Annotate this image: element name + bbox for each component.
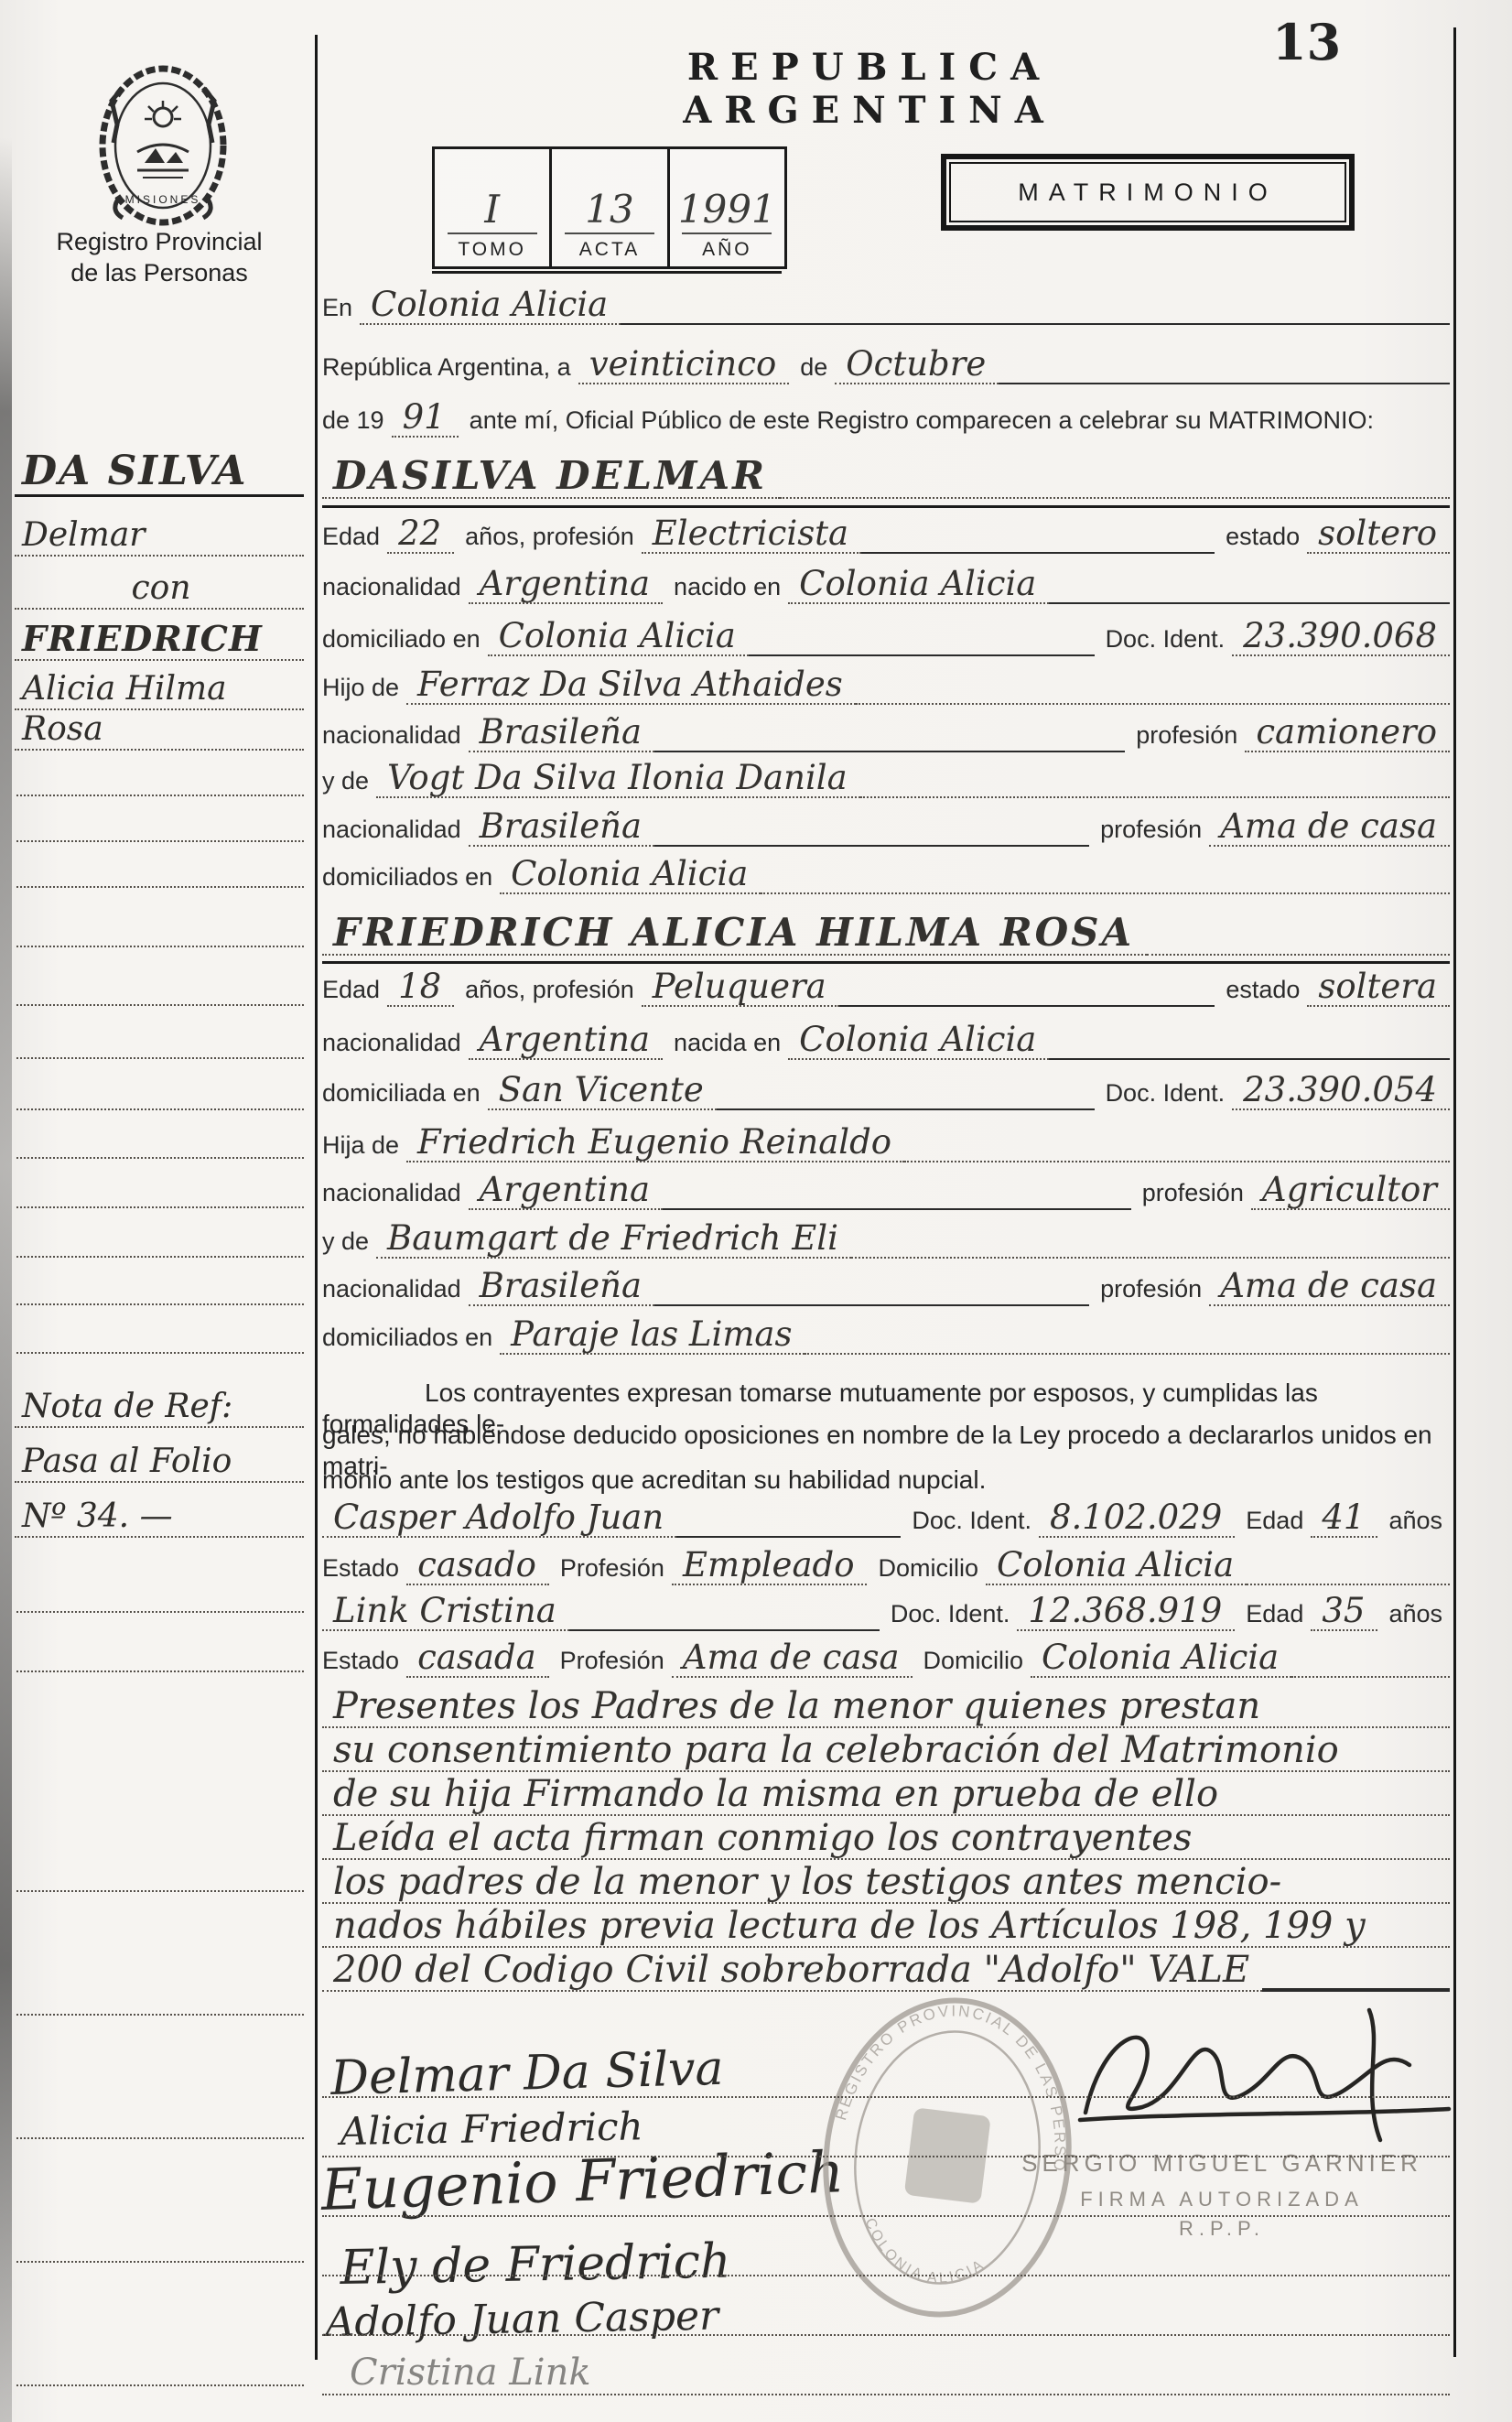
doc-ident-label3: Doc. Ident. xyxy=(901,1508,1039,1538)
witness1-status-line: Estado casado Profesión Empleado Domicil… xyxy=(322,1538,1450,1585)
groom-nationality-fill xyxy=(1049,602,1450,604)
y-de-label: y de xyxy=(322,769,376,798)
domiciliados-label: domiciliados en xyxy=(322,865,500,894)
provincial-seal-icon: MISIONES xyxy=(92,60,234,234)
bride-mother-line: y de Baumgart de Friedrich Eli xyxy=(322,1211,1450,1259)
seal-caption: MISIONES xyxy=(125,193,201,206)
anos-label: años xyxy=(1377,1508,1450,1538)
ruled-dotted-line xyxy=(16,1256,304,1258)
edad-label3: Edad xyxy=(1235,1508,1311,1538)
margin-bride-surname-line: FRIEDRICH xyxy=(15,606,304,661)
ruled-dotted-line xyxy=(16,2261,304,2263)
bride-nationality-fill xyxy=(1049,1058,1450,1060)
nacionalidad-label6: nacionalidad xyxy=(322,1277,469,1306)
groom-mother-line: y de Vogt Da Silva Ilonia Danila xyxy=(322,751,1450,798)
ruled-dotted-line xyxy=(16,840,304,842)
groom-address-line: domiciliado en Colonia Alicia Doc. Ident… xyxy=(322,609,1450,656)
bride-age-fill xyxy=(839,1005,1215,1007)
margin-groom-surname: DA SILVA xyxy=(15,451,252,494)
groom-profesion: Electricista xyxy=(642,516,861,554)
signature-bride-mother: Ely de Friedrich xyxy=(340,2238,731,2292)
anos-profesion-label: años, profesión xyxy=(454,524,642,554)
registry-name-line2: de las Personas xyxy=(26,258,293,289)
document-type-box: MATRIMONIO xyxy=(941,154,1355,231)
ano-label: AÑO xyxy=(702,239,752,261)
groom-padre-profesion: camionero xyxy=(1245,715,1450,752)
nacionalidad-label4: nacionalidad xyxy=(322,1031,469,1060)
margin-note3: Nº 34. — xyxy=(15,1500,177,1536)
estado-label: estado xyxy=(1215,524,1307,554)
nacida-en-label: nacida en xyxy=(663,1031,788,1060)
bride-nacionalidad: Argentina xyxy=(469,1022,663,1060)
witness2-estado: casada xyxy=(406,1640,549,1678)
ruled-dotted-line xyxy=(16,1157,304,1159)
place-value: Colonia Alicia xyxy=(360,287,621,325)
anos-label2: años xyxy=(1377,1602,1450,1631)
groom-nationality-line: nacionalidad Argentina nacido en Colonia… xyxy=(322,557,1450,604)
bride-name-line: FRIEDRICH ALICIA HILMA ROSA xyxy=(322,904,1450,956)
place-line-fill xyxy=(621,323,1450,325)
groom-age-line: Edad 22 años, profesión Electricista est… xyxy=(322,506,1450,554)
ruled-dotted-line xyxy=(16,946,304,947)
tomo-label: TOMO xyxy=(458,239,526,261)
ruled-dotted-line xyxy=(322,2156,1450,2157)
official-name-stamp: SERGIO MIGUEL GARNIER xyxy=(1007,2149,1437,2178)
ano-rule xyxy=(682,232,772,234)
bride-mother-nat-line: nacionalidad Brasileña profesión Ama de … xyxy=(322,1259,1450,1306)
year-line: de 19 91 ante mí, Oficial Público de est… xyxy=(322,390,1450,438)
margin-bride-given2-line: Rosa xyxy=(15,696,304,751)
de-label: de xyxy=(789,355,835,384)
margin-note2: Pasa al Folio xyxy=(15,1445,235,1481)
groom-doc-ident: 23.390.068 xyxy=(1232,619,1450,656)
ruled-dotted-line xyxy=(16,1057,304,1059)
registry-name: Registro Provincial de las Personas xyxy=(26,227,293,289)
signature-bride: Alicia Friedrich xyxy=(340,2107,643,2151)
margin-bride-surname: FRIEDRICH xyxy=(15,622,266,659)
bride-padre: Friedrich Eugenio Reinaldo xyxy=(406,1125,904,1162)
bride-nationality-line: nacionalidad Argentina nacida en Colonia… xyxy=(322,1012,1450,1060)
closing-line7-fill xyxy=(1262,1988,1450,1992)
nacionalidad-label2: nacionalidad xyxy=(322,723,469,752)
witness2-domicilio: Colonia Alicia xyxy=(1031,1640,1291,1678)
official-role-stamp: FIRMA AUTORIZADA xyxy=(1007,2188,1437,2211)
groom-father-nat-line: nacionalidad Brasileña profesión camione… xyxy=(322,705,1450,752)
doc-ident-label: Doc. Ident. xyxy=(1095,627,1233,656)
groom-address-fill xyxy=(749,654,1095,656)
stamp-arc-bottom: COLONIA ALICIA xyxy=(855,2214,993,2292)
bride-parents-address-line: domiciliados en Paraje las Limas xyxy=(322,1307,1450,1355)
groom-father-line: Hijo de Ferraz Da Silva Athaides xyxy=(322,657,1450,705)
groom-madre-nacionalidad: Brasileña xyxy=(469,809,654,847)
bride-father-nat-line: nacionalidad Argentina profesión Agricul… xyxy=(322,1162,1450,1210)
year-suffix: ante mí, Oficial Público de este Registr… xyxy=(459,408,1381,438)
page-title: REPUBLICA ARGENTINA xyxy=(513,46,1226,132)
witness1-domicilio: Colonia Alicia xyxy=(986,1548,1247,1585)
domiciliada-label: domiciliada en xyxy=(322,1081,488,1110)
witness2-edad: 35 xyxy=(1311,1594,1377,1631)
signature-groom: Delmar Da Silva xyxy=(330,2045,724,2103)
bride-name: FRIEDRICH ALICIA HILMA ROSA xyxy=(322,914,1147,956)
bride-age-line: Edad 18 años, profesión Peluquera estado… xyxy=(322,959,1450,1007)
doc-ident-label2: Doc. Ident. xyxy=(1095,1081,1233,1110)
signature-witness1: Adolfo Juan Casper xyxy=(325,2297,718,2343)
acta-cell: 13 ACTA xyxy=(552,149,669,266)
bride-address-line: domiciliada en San Vicente Doc. Ident. 2… xyxy=(322,1063,1450,1110)
domicilio-t-label2: Domicilio xyxy=(913,1649,1031,1678)
witness1-doc: 8.102.029 xyxy=(1039,1500,1235,1538)
year-prefix: de 19 xyxy=(322,408,392,438)
acta-value: 13 xyxy=(585,190,633,229)
margin-groom-given-line: Delmar xyxy=(15,502,304,557)
ruled-dotted-line xyxy=(16,1352,304,1354)
margin-connector-line: con xyxy=(15,555,304,610)
groom-parents-address-fill xyxy=(761,892,1450,894)
signature-witness2: Cristina Link xyxy=(350,2354,591,2391)
margin-bride-given2: Rosa xyxy=(15,713,107,749)
bride-doc-ident: 23.390.054 xyxy=(1232,1073,1450,1110)
groom-mother-nat-line: nacionalidad Brasileña profesión Ama de … xyxy=(322,799,1450,847)
acta-index-box: I TOMO 13 ACTA 1991 AÑO xyxy=(432,146,787,269)
edad-label2: Edad xyxy=(322,978,387,1007)
margin-note-line2: Pasa al Folio xyxy=(15,1428,304,1483)
edad-label4: Edad xyxy=(1235,1602,1311,1631)
groom-parents-address-line: domiciliados en Colonia Alicia xyxy=(322,847,1450,894)
ano-value: 1991 xyxy=(678,190,776,229)
witness2-status-line: Estado casada Profesión Ama de casa Domi… xyxy=(322,1630,1450,1678)
closing-text7: 200 del Codigo Civil sobreborrada "Adolf… xyxy=(322,1952,1262,1992)
bride-padres-domicilio: Paraje las Limas xyxy=(500,1317,805,1355)
witness2-doc: 12.368.919 xyxy=(1017,1594,1235,1631)
date-line: República Argentina, a veinticinco de Oc… xyxy=(322,337,1450,384)
ruled-dotted-line xyxy=(322,2334,1450,2336)
acta-box-underline xyxy=(432,271,782,274)
ruled-dotted-line xyxy=(16,795,304,796)
profesion-t-label: Profesión xyxy=(549,1556,672,1585)
bride-padre-nacionalidad: Argentina xyxy=(469,1173,663,1210)
margin-note-line3: Nº 34. — xyxy=(15,1483,304,1538)
groom-padres-domicilio: Colonia Alicia xyxy=(500,857,761,894)
profesion-label2: profesión xyxy=(1089,817,1209,847)
ruled-dotted-line xyxy=(16,1611,304,1613)
ruled-dotted-line xyxy=(16,1004,304,1006)
groom-age-fill xyxy=(861,552,1215,554)
ruled-dotted-line xyxy=(16,2014,304,2016)
domicilio-t-label: Domicilio xyxy=(867,1556,986,1585)
bride-mother-nat-fill xyxy=(654,1304,1089,1306)
svg-text:COLONIA ALICIA: COLONIA ALICIA xyxy=(855,2214,993,2292)
margin-connector: con xyxy=(124,572,194,608)
groom-name: DASILVA DELMAR xyxy=(322,457,780,499)
bride-domicilio: San Vicente xyxy=(488,1073,717,1110)
domiciliados-label2: domiciliados en xyxy=(322,1325,500,1355)
edad-label: Edad xyxy=(322,524,387,554)
groom-mother-fill xyxy=(860,796,1450,798)
profesion-t-label2: Profesión xyxy=(549,1649,672,1678)
witness1-profesion: Empleado xyxy=(672,1548,868,1585)
bride-lugar-nacimiento: Colonia Alicia xyxy=(788,1022,1049,1060)
witness2-name-line: Link Cristina Doc. Ident. 12.368.919 Eda… xyxy=(322,1584,1450,1631)
bride-profesion: Peluquera xyxy=(642,969,839,1007)
bride-father-line: Hija de Friedrich Eugenio Reinaldo xyxy=(322,1115,1450,1162)
groom-domicilio: Colonia Alicia xyxy=(488,619,749,656)
registry-name-line1: Registro Provincial xyxy=(26,227,293,258)
margin-divider-line xyxy=(315,35,318,2360)
acta-rule xyxy=(565,232,654,234)
date-prefix: República Argentina, a xyxy=(322,355,578,384)
bride-madre-profesion: Ama de casa xyxy=(1209,1269,1450,1306)
acta-label: ACTA xyxy=(579,239,640,261)
ruled-dotted-line xyxy=(322,2096,1450,2098)
groom-padre-nacionalidad: Brasileña xyxy=(469,715,654,752)
groom-padre: Ferraz Da Silva Athaides xyxy=(406,667,856,705)
month-value: Octubre xyxy=(835,347,999,384)
estado-t-label: Estado xyxy=(322,1556,406,1585)
nacionalidad-label3: nacionalidad xyxy=(322,817,469,847)
groom-name-line: DASILVA DELMAR xyxy=(322,448,1450,499)
document-type-label: MATRIMONIO xyxy=(949,162,1346,222)
en-label: En xyxy=(322,296,360,325)
margin-note-line1: Nota de Ref: xyxy=(15,1373,304,1428)
margin-note1: Nota de Ref: xyxy=(15,1390,236,1426)
witness1-name-line: Casper Adolfo Juan Doc. Ident. 8.102.029… xyxy=(322,1490,1450,1538)
doc-ident-label4: Doc. Ident. xyxy=(880,1602,1018,1631)
bride-parents-address-fill xyxy=(805,1353,1450,1355)
official-org-stamp: R.P.P. xyxy=(1007,2217,1437,2241)
marriage-certificate-page: REPUBLICA ARGENTINA 13 MISIONES Registro… xyxy=(0,0,1512,2422)
ruled-dotted-line xyxy=(322,2275,1450,2276)
groom-madre: Vogt Da Silva Ilonia Danila xyxy=(376,761,860,798)
ruled-dotted-line xyxy=(16,1303,304,1305)
profesion-label: profesión xyxy=(1125,723,1245,752)
profesion-label4: profesión xyxy=(1089,1277,1209,1306)
tomo-value: I xyxy=(484,190,500,229)
official-signature-icon xyxy=(1078,2005,1453,2151)
witness2-name: Link Cristina xyxy=(322,1594,569,1631)
margin-groom-surname-line: DA SILVA xyxy=(15,441,304,497)
profesion-label3: profesión xyxy=(1131,1181,1251,1210)
date-line-fill xyxy=(999,383,1450,384)
page-number: 13 xyxy=(1272,13,1341,71)
nacionalidad-label: nacionalidad xyxy=(322,575,469,604)
bride-edad: 18 xyxy=(387,969,454,1007)
ruled-dotted-line xyxy=(16,1206,304,1208)
anos-profesion-label2: años, profesión xyxy=(454,978,642,1007)
ruled-dotted-line xyxy=(322,2394,1450,2395)
ruled-dotted-line xyxy=(16,1108,304,1110)
groom-lugar-nacimiento: Colonia Alicia xyxy=(788,567,1049,604)
tomo-cell: I TOMO xyxy=(435,149,552,266)
margin-groom-given: Delmar xyxy=(15,519,149,555)
day-value: veinticinco xyxy=(578,347,790,384)
year-value: 91 xyxy=(392,400,459,438)
tomo-rule xyxy=(448,232,537,234)
ruled-dotted-line xyxy=(16,1890,304,1892)
witness1-edad: 41 xyxy=(1311,1500,1377,1538)
place-line: En Colonia Alicia xyxy=(322,277,1450,325)
groom-nacionalidad: Argentina xyxy=(469,567,663,604)
bride-estado: soltera xyxy=(1307,969,1450,1007)
bride-madre: Baumgart de Friedrich Eli xyxy=(376,1221,851,1259)
bride-madre-nacionalidad: Brasileña xyxy=(469,1269,654,1306)
groom-madre-profesion: Ama de casa xyxy=(1209,809,1450,847)
ruled-dotted-line xyxy=(16,2137,304,2139)
groom-estado: soltero xyxy=(1307,516,1450,554)
bride-name-fill xyxy=(1147,954,1450,956)
ruled-dotted-line xyxy=(322,2215,1450,2217)
nacionalidad-label5: nacionalidad xyxy=(322,1181,469,1210)
bride-father-nat-fill xyxy=(663,1208,1131,1210)
estado-label2: estado xyxy=(1215,978,1307,1007)
nacido-en-label: nacido en xyxy=(663,575,788,604)
bride-address-fill xyxy=(717,1108,1095,1110)
hijo-de-label: Hijo de xyxy=(322,676,406,705)
ruled-dotted-line xyxy=(16,2384,304,2386)
hija-de-label: Hija de xyxy=(322,1133,406,1162)
page-right-rule xyxy=(1453,27,1456,2357)
witness1-name: Casper Adolfo Juan xyxy=(322,1500,676,1538)
groom-name-fill xyxy=(780,497,1450,499)
ano-cell: 1991 AÑO xyxy=(670,149,784,266)
witness2-profesion: Ama de casa xyxy=(672,1640,913,1678)
y-de-label2: y de xyxy=(322,1229,376,1259)
witness1-estado: casado xyxy=(406,1548,549,1585)
estado-t-label2: Estado xyxy=(322,1649,406,1678)
groom-edad: 22 xyxy=(387,516,454,554)
ruled-dotted-line xyxy=(16,886,304,888)
ruled-dotted-line xyxy=(16,1671,304,1672)
domiciliado-label: domiciliado en xyxy=(322,627,488,656)
bride-padre-profesion: Agricultor xyxy=(1251,1173,1450,1210)
scan-edge-artifact xyxy=(0,137,12,2422)
